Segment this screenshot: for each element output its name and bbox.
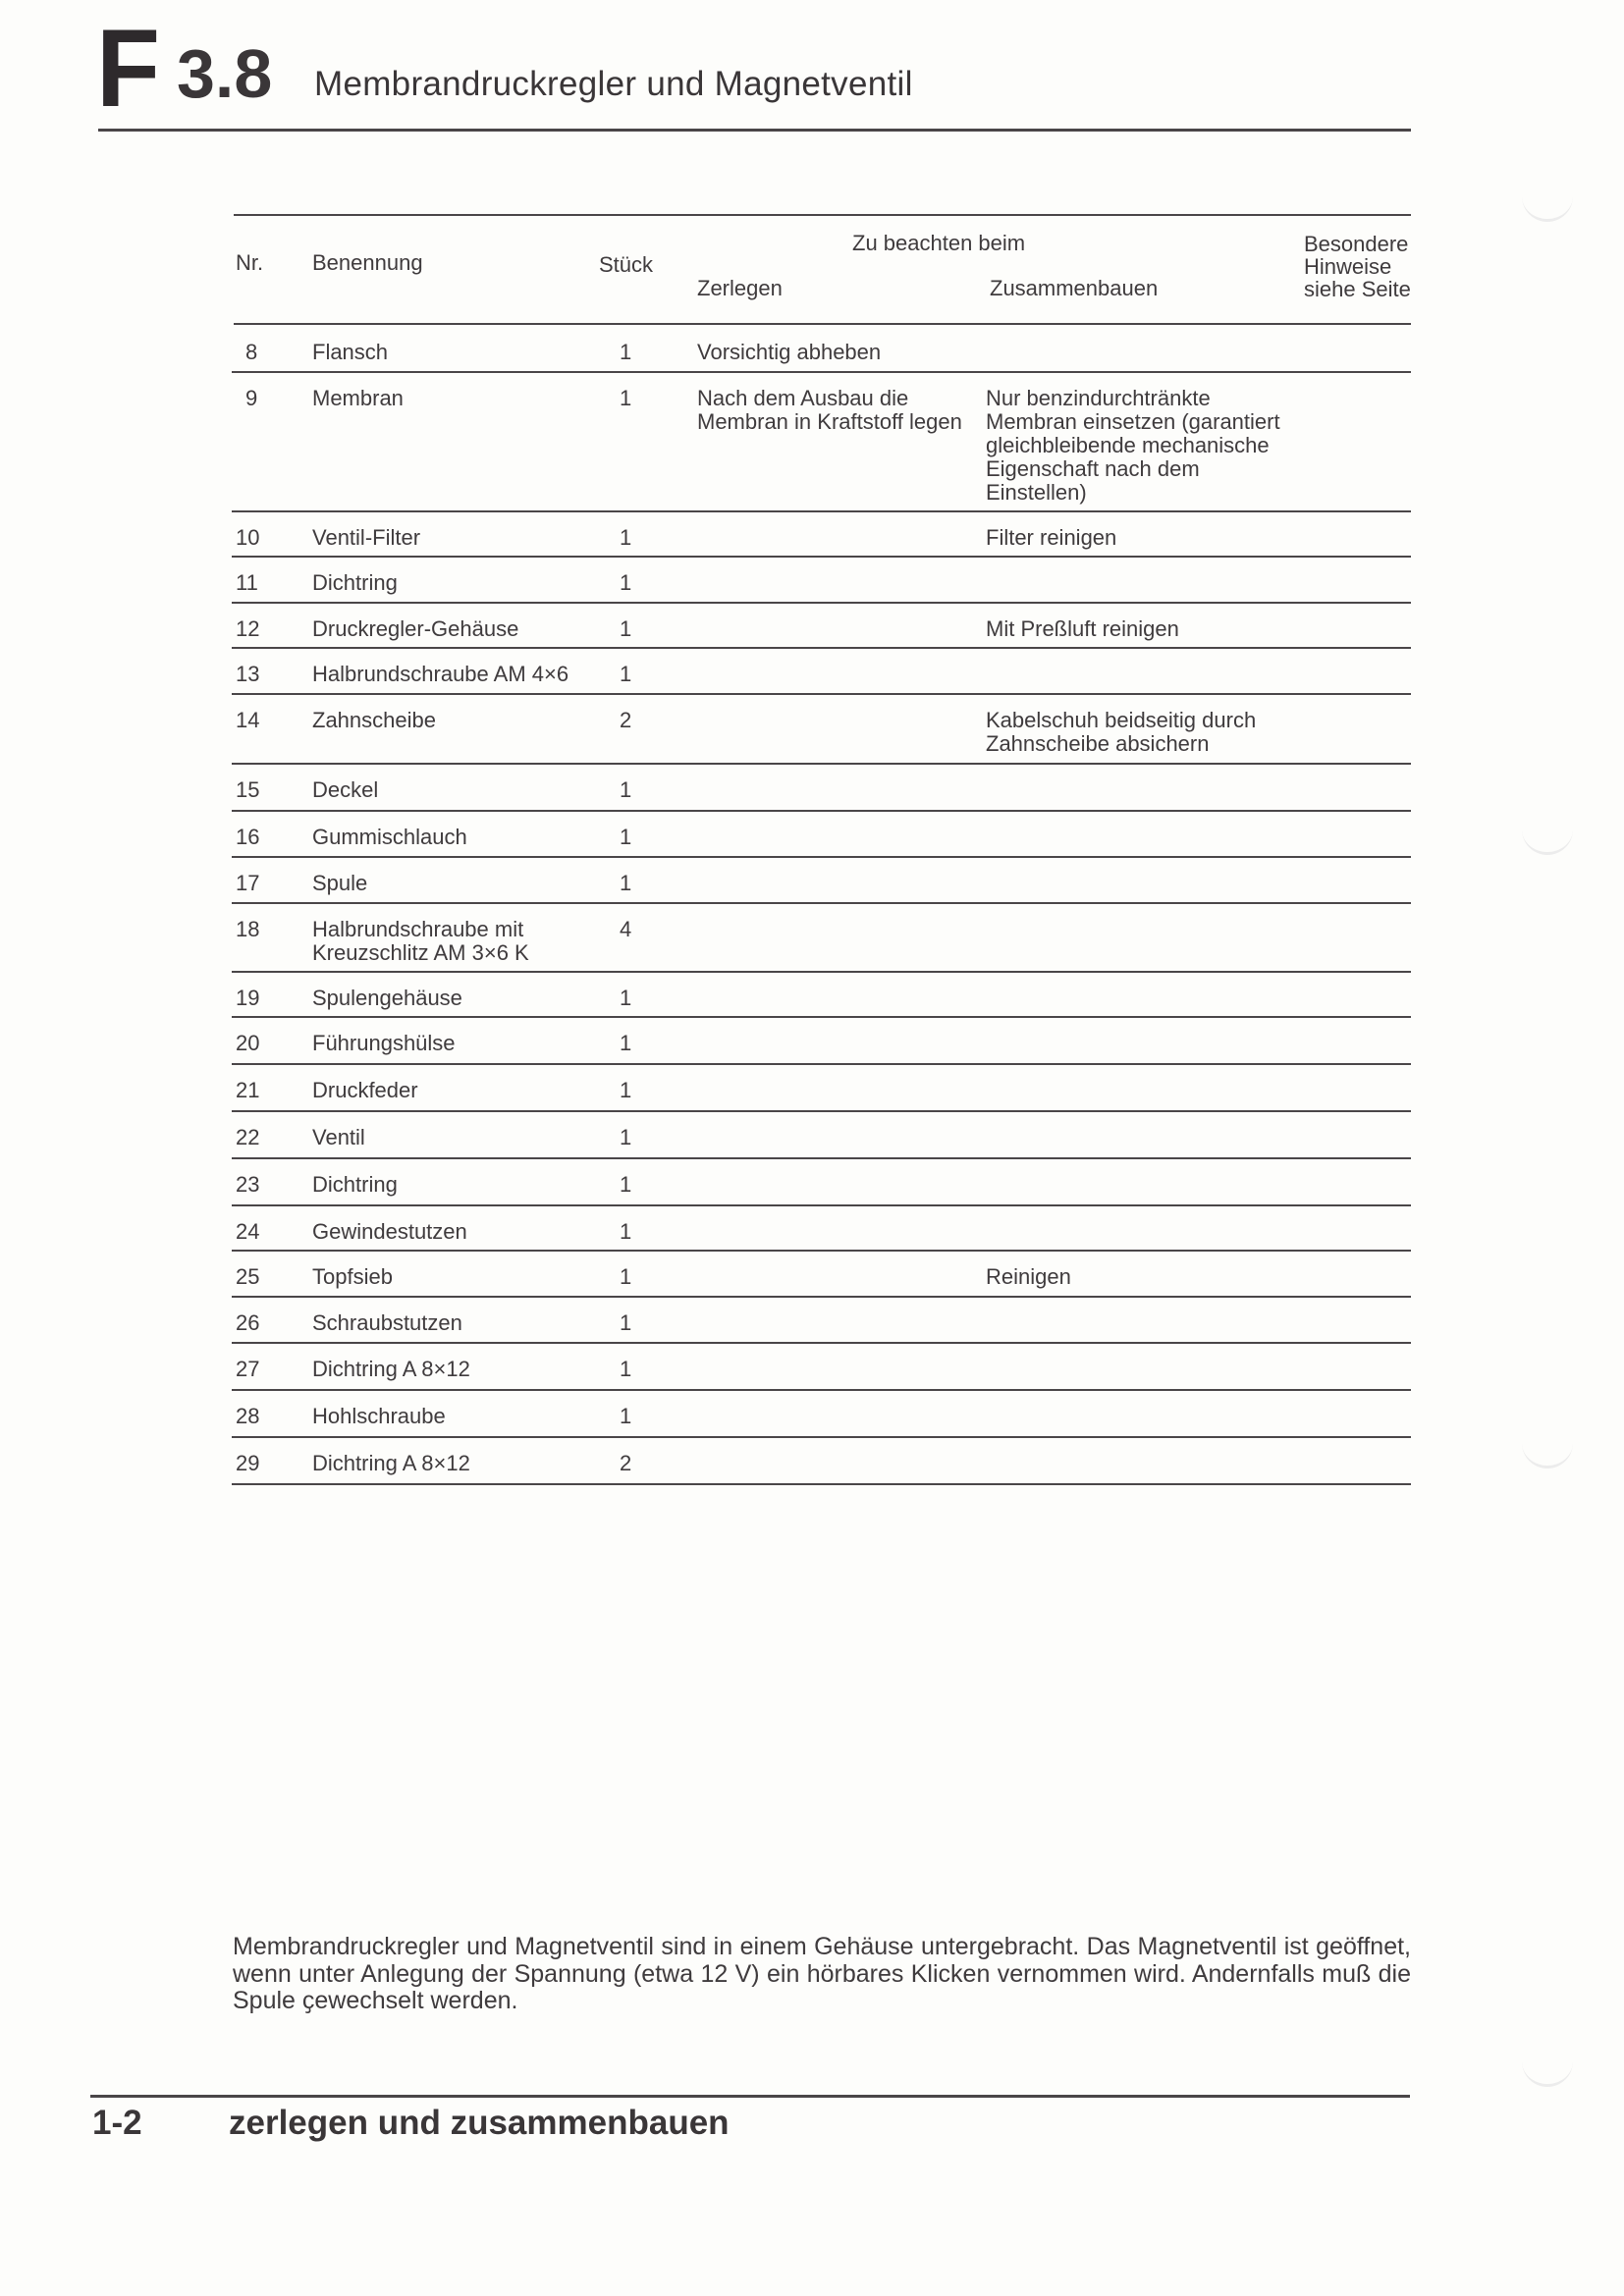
cell-name: Druckfeder	[312, 1079, 418, 1102]
row-divider	[232, 1110, 1411, 1112]
page-title: Membrandruckregler und Magnetventil	[314, 67, 913, 101]
footer-rule	[90, 2095, 1410, 2098]
cell-qty: 1	[620, 341, 631, 364]
cell-name: Halbrundschraube AM 4×6	[312, 663, 568, 686]
cell-qty: 1	[620, 1032, 631, 1055]
cell-qty: 1	[620, 1265, 631, 1289]
row-divider	[232, 556, 1411, 558]
cell-qty: 1	[620, 526, 631, 550]
cell-nr: 25	[236, 1265, 259, 1289]
row-divider	[232, 1016, 1411, 1018]
cell-qty: 1	[620, 826, 631, 849]
cell-name: Druckregler-Gehäuse	[312, 617, 518, 641]
cell-nr: 16	[236, 826, 259, 849]
cell-name: Ventil	[312, 1126, 365, 1149]
cell-assembly: Kabelschuh beidseitig durch Zahnscheibe …	[986, 709, 1256, 756]
cell-nr: 21	[236, 1079, 259, 1102]
cell-nr: 12	[236, 617, 259, 641]
cell-name: Dichtring	[312, 1173, 398, 1197]
cell-nr: 29	[236, 1452, 259, 1475]
row-divider	[232, 371, 1411, 373]
cell-qty: 2	[620, 709, 631, 732]
cell-qty: 1	[620, 1311, 631, 1335]
row-divider	[232, 1250, 1411, 1252]
cell-nr: 8	[245, 341, 257, 364]
cell-qty: 1	[620, 387, 631, 410]
row-divider	[232, 1342, 1411, 1344]
cell-qty: 1	[620, 1220, 631, 1244]
row-divider	[232, 856, 1411, 858]
col-header-assembly: Zusammenbauen	[990, 277, 1158, 300]
cell-qty: 1	[620, 1126, 631, 1149]
cell-nr: 27	[236, 1358, 259, 1381]
cell-nr: 17	[236, 872, 259, 895]
cell-qty: 1	[620, 1173, 631, 1197]
cell-name: Flansch	[312, 341, 388, 364]
row-divider	[232, 1063, 1411, 1065]
cell-qty: 1	[620, 663, 631, 686]
col-header-disassembly: Zerlegen	[697, 277, 783, 300]
cell-nr: 19	[236, 987, 259, 1010]
cell-name: Deckel	[312, 778, 378, 802]
cell-qty: 1	[620, 1079, 631, 1102]
cell-qty: 1	[620, 1405, 631, 1428]
col-header-qty: Stück	[599, 253, 653, 277]
cell-nr: 10	[236, 526, 259, 550]
cell-name: Membran	[312, 387, 404, 410]
cell-nr: 22	[236, 1126, 259, 1149]
row-divider	[232, 1483, 1411, 1485]
cell-qty: 1	[620, 1358, 631, 1381]
cell-name: Schraubstutzen	[312, 1311, 462, 1335]
cell-nr: 18	[236, 918, 259, 941]
header-rule	[98, 129, 1411, 132]
cell-assembly: Nur benzindurchtränkte Membran einsetzen…	[986, 387, 1280, 505]
row-divider	[232, 971, 1411, 973]
cell-name: Spule	[312, 872, 367, 895]
row-divider	[232, 1436, 1411, 1438]
cell-name: Dichtring	[312, 571, 398, 595]
section-letter: F	[96, 14, 160, 124]
cell-assembly: Reinigen	[986, 1265, 1071, 1289]
binder-hole-mark	[1522, 2056, 1573, 2087]
row-divider	[232, 693, 1411, 695]
row-divider	[232, 1157, 1411, 1159]
cell-assembly: Mit Preßluft reinigen	[986, 617, 1179, 641]
cell-qty: 1	[620, 617, 631, 641]
cell-assembly: Filter reinigen	[986, 526, 1116, 550]
binder-hole-mark	[1522, 191, 1573, 222]
table-header-rule	[234, 323, 1411, 325]
cell-nr: 23	[236, 1173, 259, 1197]
cell-qty: 2	[620, 1452, 631, 1475]
footer-title: zerlegen und zusammenbauen	[229, 2106, 730, 2140]
col-header-group: Zu beachten beim	[852, 232, 1025, 255]
cell-name: Halbrundschraube mit Kreuzschlitz AM 3×6…	[312, 918, 529, 965]
table-top-rule	[234, 214, 1411, 216]
cell-nr: 26	[236, 1311, 259, 1335]
cell-name: Zahnscheibe	[312, 709, 436, 732]
cell-name: Führungshülse	[312, 1032, 456, 1055]
row-divider	[232, 902, 1411, 904]
row-divider	[232, 763, 1411, 765]
row-divider	[232, 602, 1411, 604]
row-divider	[232, 1389, 1411, 1391]
cell-qty: 1	[620, 571, 631, 595]
page-number: 1-2	[92, 2106, 142, 2140]
cell-name: Dichtring A 8×12	[312, 1358, 470, 1381]
cell-qty: 1	[620, 872, 631, 895]
cell-nr: 28	[236, 1405, 259, 1428]
cell-nr: 14	[236, 709, 259, 732]
cell-name: Ventil-Filter	[312, 526, 420, 550]
cell-qty: 1	[620, 987, 631, 1010]
cell-nr: 24	[236, 1220, 259, 1244]
col-header-nr: Nr.	[236, 251, 263, 275]
cell-name: Topfsieb	[312, 1265, 393, 1289]
row-divider	[232, 510, 1411, 512]
binder-hole-mark	[1522, 825, 1573, 855]
cell-qty: 4	[620, 918, 631, 941]
cell-qty: 1	[620, 778, 631, 802]
cell-name: Spulengehäuse	[312, 987, 462, 1010]
note-paragraph: Membrandruckregler und Magnetventil sind…	[233, 1934, 1411, 2015]
cell-name: Hohlschraube	[312, 1405, 446, 1428]
binder-hole-mark	[1522, 1438, 1573, 1468]
row-divider	[232, 810, 1411, 812]
cell-name: Gummischlauch	[312, 826, 467, 849]
cell-nr: 15	[236, 778, 259, 802]
cell-nr: 9	[245, 387, 257, 410]
cell-nr: 11	[236, 571, 258, 595]
cell-name: Dichtring A 8×12	[312, 1452, 470, 1475]
row-divider	[232, 1296, 1411, 1298]
row-divider	[232, 647, 1411, 649]
section-number: 3.8	[177, 39, 272, 108]
cell-disassembly: Vorsichtig abheben	[697, 341, 881, 364]
cell-nr: 13	[236, 663, 259, 686]
row-divider	[232, 1204, 1411, 1206]
cell-nr: 20	[236, 1032, 259, 1055]
cell-name: Gewindestutzen	[312, 1220, 467, 1244]
col-header-name: Benennung	[312, 251, 423, 275]
col-header-notes: Besondere Hinweise siehe Seite	[1304, 233, 1411, 300]
cell-disassembly: Nach dem Ausbau die Membran in Kraftstof…	[697, 387, 962, 434]
